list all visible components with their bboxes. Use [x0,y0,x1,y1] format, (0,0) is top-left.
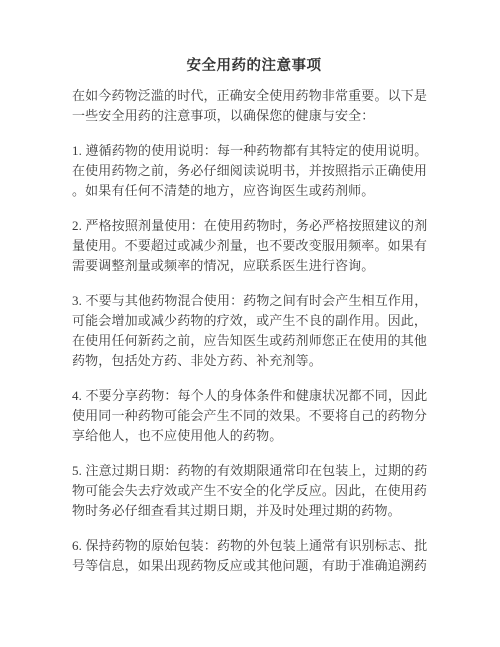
list-item-4: 4. 不要分享药物：每个人的身体条件和健康状况都不同，因此 使用同一种药物可能会… [72,386,436,446]
list-item-2: 2. 严格按照剂量使用：在使用药物时，务必严格按照建议的剂 量使用。不要超过或减… [72,216,436,276]
intro-paragraph: 在如今药物泛滥的时代，正确安全使用药物非常重要。以下是 一些安全用药的注意事项，… [72,86,436,126]
list-item-3: 3. 不要与其他药物混合使用：药物之间有时会产生相互作用， 可能会增加或减少药物… [72,291,436,371]
list-item-6: 6. 保持药物的原始包装：药物的外包装上通常有识别标志、批 号等信息，如果出现药… [72,536,436,576]
list-item-1: 1. 遵循药物的使用说明：每一种药物都有其特定的使用说明。 在使用药物之前，务必… [72,141,436,201]
list-item-5: 5. 注意过期日期：药物的有效期限通常印在包装上，过期的药 物可能会失去疗效或产… [72,461,436,521]
document-title: 安全用药的注意事项 [72,55,436,77]
document-page: 安全用药的注意事项 在如今药物泛滥的时代，正确安全使用药物非常重要。以下是 一些… [0,0,500,647]
